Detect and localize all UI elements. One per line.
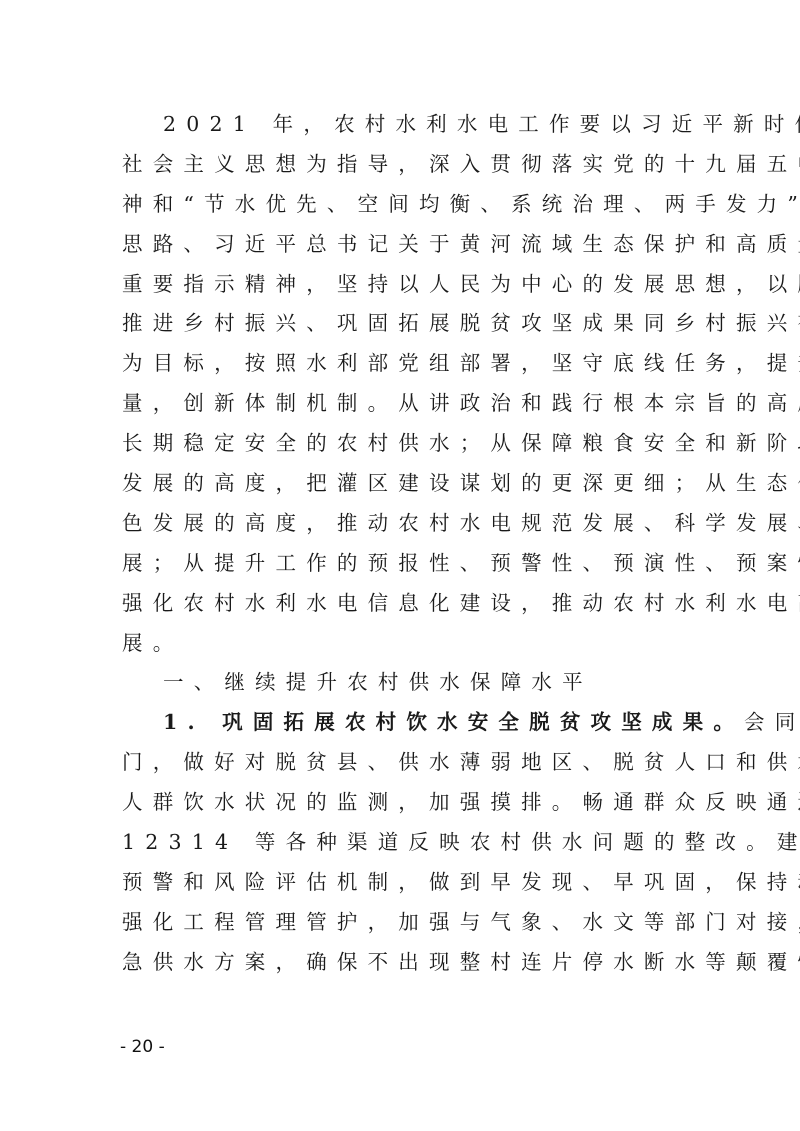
item-title: 1. 巩固拓展农村饮水安全脱贫攻坚成果。 [163,710,744,734]
paragraph-line: 人群饮水状况的监测，加强摸排。畅通群众反映通道，紧盯 [122,783,678,823]
paragraph-line: 12314 等各种渠道反映农村供水问题的整改。建立问题发现、 [122,823,678,863]
paragraph-line: 强化农村水利水电信息化建设，推动农村水利水电高质量发 [122,584,678,624]
document-body: 2021 年，农村水利水电工作要以习近平新时代中国特色 社会主义思想为指导，深入… [122,105,678,983]
paragraph-line: 推进乡村振兴、巩固拓展脱贫攻坚成果同乡村振兴有效衔接 [122,304,678,344]
paragraph-line: 门，做好对脱贫县、供水薄弱地区、脱贫人口和供水易反复 [122,743,678,783]
document-page: 2021 年，农村水利水电工作要以习近平新时代中国特色 社会主义思想为指导，深入… [0,0,800,1131]
section-heading: 一、继续提升农村供水保障水平 [122,663,678,703]
paragraph-line: 展。 [122,624,678,664]
paragraph-line: 急供水方案，确保不出现整村连片停水断水等颠覆性问题。 [122,943,678,983]
paragraph-line: 社会主义思想为指导，深入贯彻落实党的十九届五中全会精 [122,145,678,185]
paragraph-line: 量，创新体制机制。从讲政治和践行根本宗旨的高度，保证 [122,384,678,424]
item-lead-text: 会同相关部 [744,710,800,734]
item-first-line: 1. 巩固拓展农村饮水安全脱贫攻坚成果。会同相关部 [122,703,678,743]
paragraph-line: 预警和风险评估机制，做到早发现、早巩固，保持动态清零。 [122,863,678,903]
paragraph-line: 强化工程管理管护，加强与气象、水文等部门对接，做实应 [122,903,678,943]
paragraph-line: 神和“节水优先、空间均衡、系统治理、两手发力”的治水 [122,185,678,225]
paragraph-line: 发展的高度，把灌区建设谋划的更深更细；从生态优先、绿 [122,464,678,504]
paragraph-line: 展；从提升工作的预报性、预警性、预演性、预案性的高度， [122,544,678,584]
paragraph-line: 2021 年，农村水利水电工作要以习近平新时代中国特色 [122,105,678,145]
paragraph-line: 为目标，按照水利部党组部署，坚守底线任务，提升标准质 [122,344,678,384]
paragraph-line: 重要指示精神，坚持以人民为中心的发展思想，以服务全面 [122,265,678,305]
paragraph-line: 色发展的高度，推动农村水电规范发展、科学发展、绿色发 [122,504,678,544]
page-number: - 20 - [120,1037,165,1057]
paragraph-line: 思路、习近平总书记关于黄河流域生态保护和高质量发展的 [122,225,678,265]
paragraph-line: 长期稳定安全的农村供水；从保障粮食安全和新阶段高质量 [122,424,678,464]
